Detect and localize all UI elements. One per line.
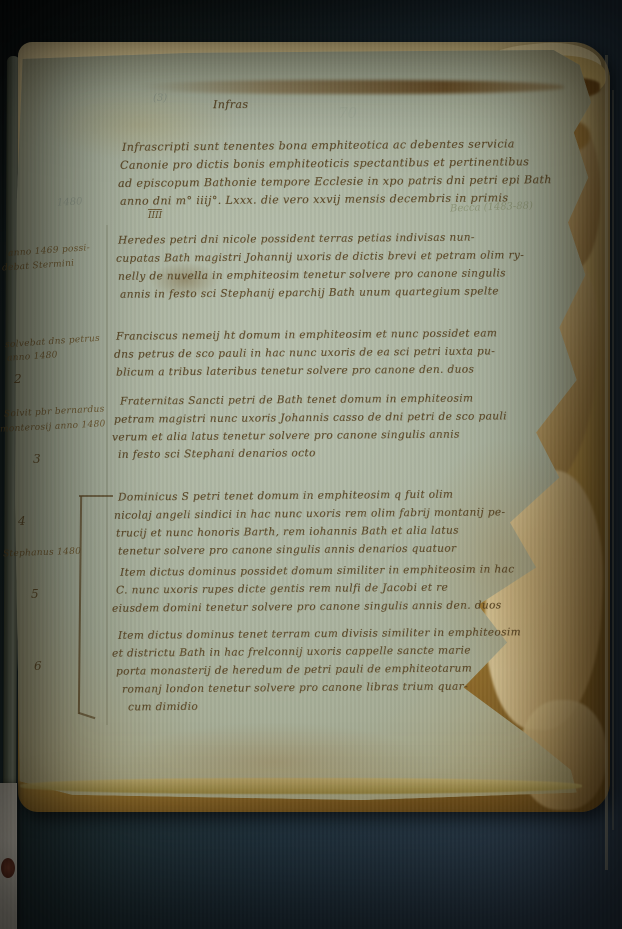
board-edge-highlight [612,90,614,830]
manuscript-line: C. nunc uxoris rupes dicte gentis rem nu… [116,582,448,597]
margin-note: debat Stermini [2,258,75,273]
pencil-folio-number: (3) [153,93,167,104]
lower-page-strip [0,783,17,929]
manuscript-line: nelly de nuvella in emphiteosim tenetur … [118,267,506,282]
manuscript-line: ad episcopum Bathonie tempore Ecclesie i… [118,173,552,190]
margin-note: anno 1480 [7,350,58,364]
manuscript-line: cupatas Bath magistri Johannij uxoris de… [116,249,524,265]
manuscript-line: in festo sci Stephani denarios octo [118,447,316,461]
manuscript-line: porta monasterij de heredum de petri pau… [116,662,472,677]
manuscript-line: Heredes petri dni nicole possident terra… [118,231,475,246]
margin-note: solvebat dns petrus [5,334,101,351]
margin-note: Stephanus 1480 [3,547,82,560]
margin-note: Solvit pbr bernardus [4,404,105,419]
red-seal-spot [1,858,15,878]
catchword: Infras [213,98,248,111]
item-number: 6 [34,659,42,673]
pencil-year-note: 1480 [57,196,83,208]
margin-bracket [79,712,96,719]
manuscript-line: trucij et nunc honoris Barth, rem iohann… [116,525,459,540]
interlinear-correction: IIII [148,209,162,221]
manuscript-line: Item dictus dominus tenet terram cum div… [118,626,521,642]
manuscript-line: cum dimidio [128,701,198,714]
manuscript-photo: (3) Infras 70 Infrascripti sunt tenentes… [0,0,622,929]
manuscript-line: verum et alia latus tenetur solvere pro … [112,428,460,443]
ghost-page-number: 70 [338,104,357,122]
item-number: 4 [18,514,26,528]
board-edge-highlight [605,55,608,870]
manuscript-line: et districtu Bath in hac frelconnij uxor… [112,644,471,659]
margin-bracket [78,496,82,714]
manuscript-line: romanj london tenetur solvere pro canone… [122,680,468,695]
manuscript-line: Canonie pro dictis bonis emphiteoticis s… [120,155,529,172]
manuscript-line: tenetur solvere pro canone singulis anni… [118,543,457,558]
manuscript-line: Item dictus dominus possidet domum simil… [120,563,515,578]
item-number: 5 [31,587,39,601]
archivist-note: Becca (1483-88) [450,201,533,215]
manuscript-line: nicolaj angeli sindici in hac nunc uxori… [114,506,506,521]
manuscript-line: Infrascripti sunt tenentes bona emphiteo… [122,137,515,153]
manuscript-line: petram magistri nunc uxoris Johannis cas… [114,410,507,425]
manuscript-line: eiusdem domini tenetur solvere pro canon… [112,599,502,614]
handwritten-text-layer: (3) Infras 70 Infrascripti sunt tenentes… [0,0,622,929]
margin-note: anno 1469 possi- [8,243,91,259]
item-number: 3 [33,452,41,466]
margin-bracket [79,495,113,497]
item-number: 2 [14,372,22,386]
margin-note: monterosij anno 1480 [0,419,106,435]
manuscript-line: Fraternitas Sancti petri de Bath tenet d… [120,392,473,407]
manuscript-line: Franciscus nemeij ht domum in emphiteosi… [116,327,497,342]
manuscript-line: annis in festo sci Stephanij eparchij Ba… [120,285,499,300]
manuscript-line: Dominicus S petri tenet domum in emphite… [118,489,453,504]
manuscript-line: blicum a tribus lateribus tenetur solver… [116,363,474,378]
manuscript-line: dns petrus de sco pauli in hac nunc uxor… [114,345,495,360]
